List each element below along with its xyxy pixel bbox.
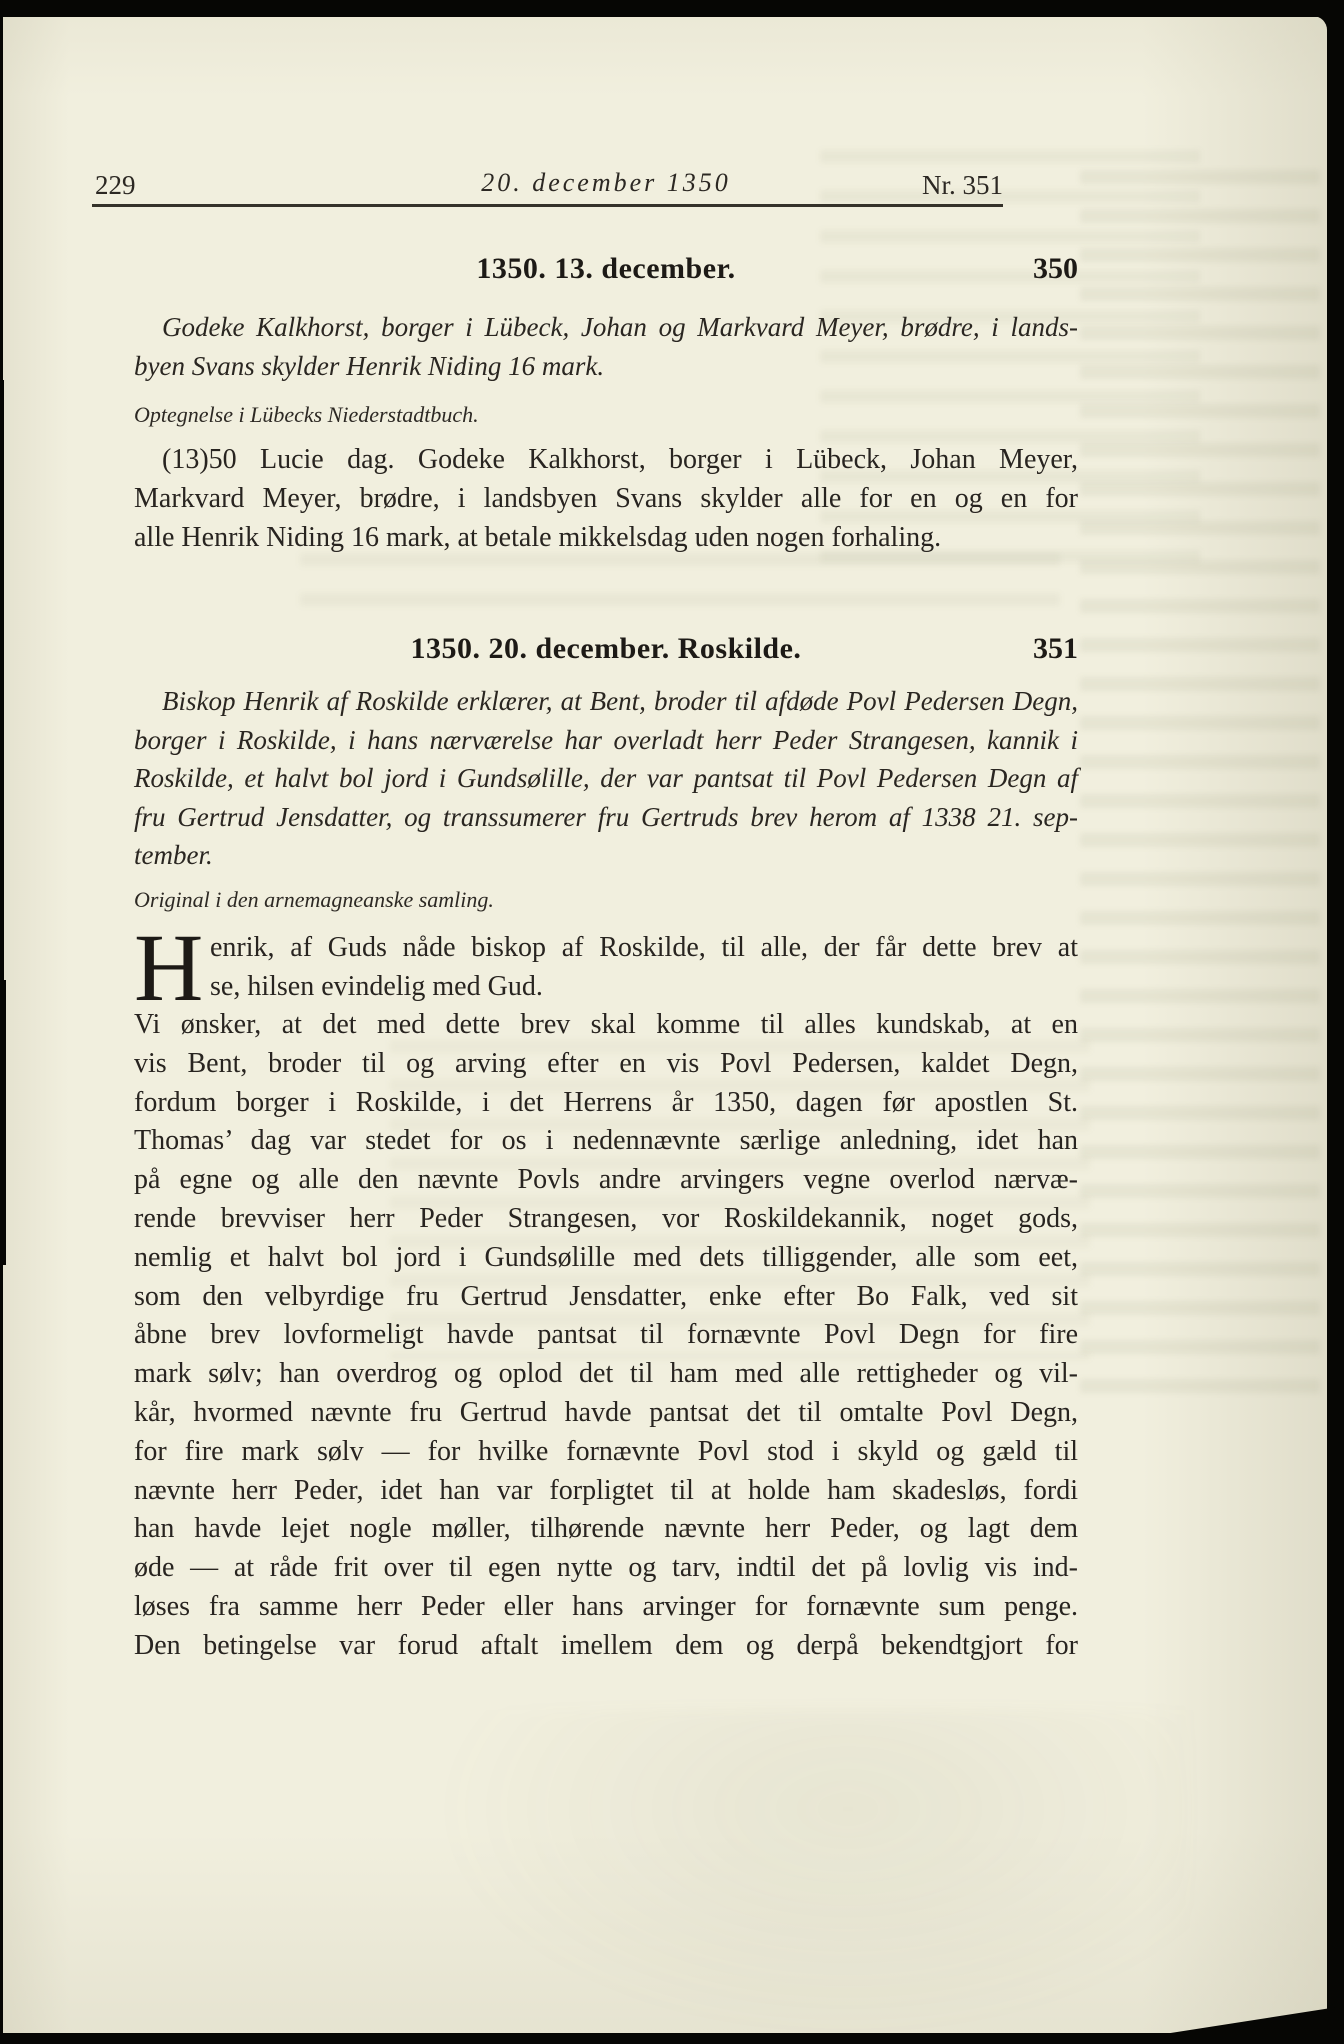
text-line: øde — at råde frit over til egen nytte o… <box>134 1549 1078 1588</box>
scanned-book-page: { "running_header": { "page_number": "22… <box>0 0 1344 2044</box>
running-number-label: Nr. 351 <box>850 170 1003 201</box>
record-351-body: Vi ønsker, at det med dette brev skal ko… <box>134 1006 1078 1666</box>
page-number: 229 <box>95 170 136 201</box>
text-line: borger i Roskilde, i hans nærværelse har… <box>134 721 1078 760</box>
scan-edge-left-mid <box>0 380 4 980</box>
record-351-opening-lines: enrik, af Guds nåde biskop af Roskilde, … <box>134 928 1078 1006</box>
text-line: tember. <box>134 836 1078 875</box>
text-line: nævnte herr Peder, idet han var forpligt… <box>134 1472 1078 1511</box>
scan-edge-right <box>1327 0 1344 2044</box>
record-350-summary: Godeke Kalkhorst, borger i Lübeck, Johan… <box>134 308 1078 385</box>
text-line: Biskop Henrik af Roskilde erklærer, at B… <box>134 682 1078 721</box>
record-351-summary: Biskop Henrik af Roskilde erklærer, at B… <box>134 682 1078 875</box>
text-line: fordum borger i Roskilde, i det Herrens … <box>134 1084 1078 1123</box>
text-line: mark sølv; han overdrog og oplod det til… <box>134 1355 1078 1394</box>
text-line: se, hilsen evindelig med Gud. <box>134 967 1078 1006</box>
text-line: Markvard Meyer, brødre, i landsbyen Svan… <box>134 479 1078 518</box>
text-line: Roskilde, et halvt bol jord i Gundsølill… <box>134 759 1078 798</box>
text-line: (13)50 Lucie dag. Godeke Kalkhorst, borg… <box>134 440 1078 479</box>
drop-cap-initial: H <box>134 932 200 1006</box>
text-line: på egne og alle den nævnte Povls andre a… <box>134 1161 1078 1200</box>
text-line: enrik, af Guds nåde biskop af Roskilde, … <box>134 928 1078 967</box>
text-line: Thomas’ dag var stedet for os i nedennæv… <box>134 1122 1078 1161</box>
record-351-opening: H enrik, af Guds nåde biskop af Roskilde… <box>134 928 1078 1006</box>
record-350-source: Optegnelse i Lübecks Niederstadtbuch. <box>134 402 479 428</box>
text-line: han havde lejet nogle møller, tilhørende… <box>134 1510 1078 1549</box>
text-line: for fire mark sølv — for hvilke fornævnt… <box>134 1433 1078 1472</box>
text-line: kår, hvormed nævnte fru Gertrud havde pa… <box>134 1394 1078 1433</box>
text-line: løses fra samme herr Peder eller hans ar… <box>134 1588 1078 1627</box>
text-line: Vi ønsker, at det med dette brev skal ko… <box>134 1006 1078 1045</box>
text-line: alle Henrik Niding 16 mark, at betale mi… <box>134 518 1078 557</box>
text-line: Godeke Kalkhorst, borger i Lübeck, Johan… <box>134 308 1078 347</box>
record-350-body: (13)50 Lucie dag. Godeke Kalkhorst, borg… <box>134 440 1078 557</box>
record-351-number: 351 <box>134 632 1078 666</box>
record-350-number: 350 <box>134 252 1078 286</box>
scan-edge-left-wide <box>0 980 6 1265</box>
text-line: byen Svans skylder Henrik Niding 16 mark… <box>134 347 1078 386</box>
text-line: rende brevviser herr Peder Strangesen, v… <box>134 1200 1078 1239</box>
text-line: som den velbyrdige fru Gertrud Jensdatte… <box>134 1278 1078 1317</box>
record-351-source: Original i den arnemagneanske samling. <box>134 887 494 913</box>
text-line: fru Gertrud Jensdatter, og transsumerer … <box>134 798 1078 837</box>
text-line: Den betingelse var forud aftalt imellem … <box>134 1627 1078 1666</box>
text-line: åbne brev lovformeligt havde pantsat til… <box>134 1316 1078 1355</box>
header-rule <box>92 204 1003 207</box>
text-line: vis Bent, broder til og arving efter en … <box>134 1045 1078 1084</box>
text-line: nemlig et halvt bol jord i Gundsølille m… <box>134 1239 1078 1278</box>
scan-corner-bottom-right <box>1100 2006 1344 2044</box>
scan-edge-top <box>0 0 1344 17</box>
